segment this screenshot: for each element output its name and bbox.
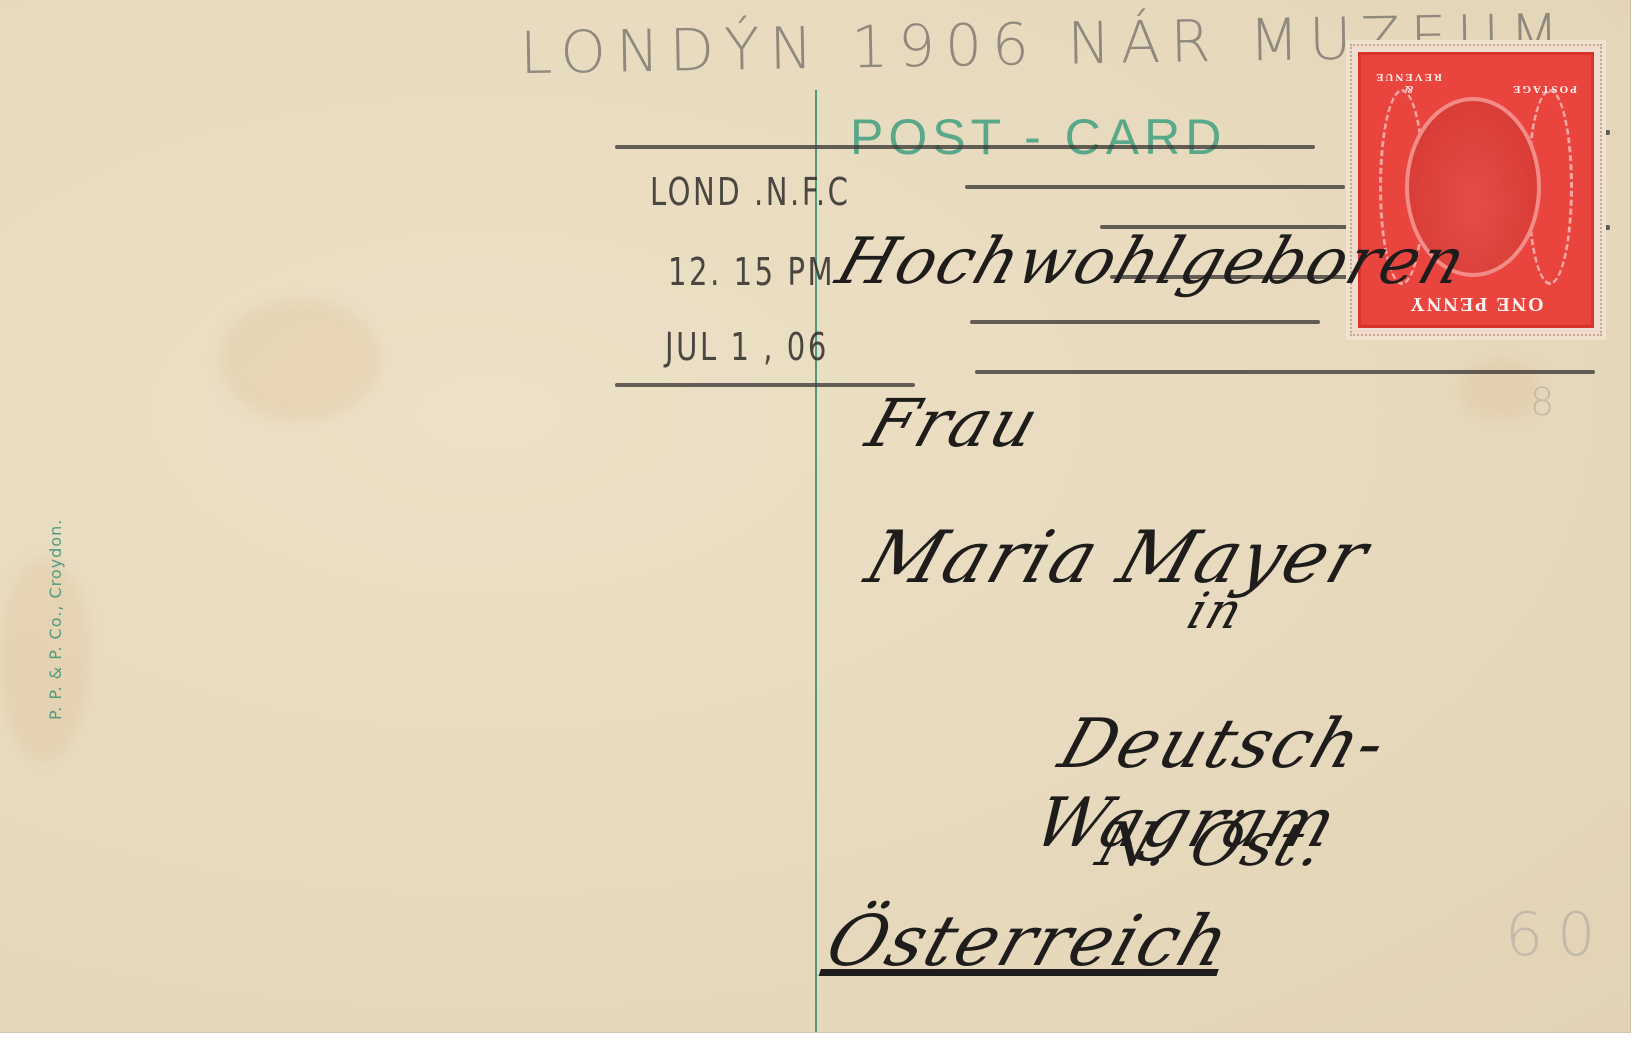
cancel-line bbox=[970, 320, 1320, 324]
address-country: Österreich bbox=[817, 900, 1242, 982]
postmark-time: 12. 15 PM bbox=[668, 250, 835, 294]
cancel-line bbox=[615, 383, 915, 387]
pencil-note-right: 8 bbox=[1530, 380, 1568, 424]
address-salutation: Hochwohlgeboren bbox=[828, 225, 1476, 299]
publisher-imprint: P. P. & P. Co., Croydon. bbox=[46, 519, 65, 720]
cancel-line bbox=[615, 145, 1315, 149]
postcard-title: POST - CARD bbox=[850, 108, 1226, 166]
pencil-note-bottom: 60 bbox=[1505, 900, 1609, 970]
stamp-revenue-tablet: & REVENUE bbox=[1373, 71, 1443, 95]
age-stain bbox=[220, 300, 380, 420]
cancel-line bbox=[975, 370, 1595, 374]
age-stain bbox=[1460, 360, 1540, 420]
postcard-back: LONDÝN 1906 NÁR MUZEUM 8 60 POST - CARD … bbox=[0, 0, 1631, 1033]
cancel-line bbox=[965, 185, 1345, 189]
address-divider-line bbox=[815, 90, 817, 1032]
stamp-postage-tablet: POSTAGE bbox=[1509, 83, 1579, 95]
postmark-date: JUL 1 , 06 bbox=[665, 325, 829, 369]
address-name: Maria Mayer bbox=[856, 515, 1380, 599]
address-region: N. Öst. bbox=[1089, 810, 1336, 880]
postmark-office: LOND .N.F.C bbox=[650, 170, 851, 214]
address-title: Frau bbox=[857, 385, 1049, 462]
age-stain bbox=[0, 560, 90, 760]
